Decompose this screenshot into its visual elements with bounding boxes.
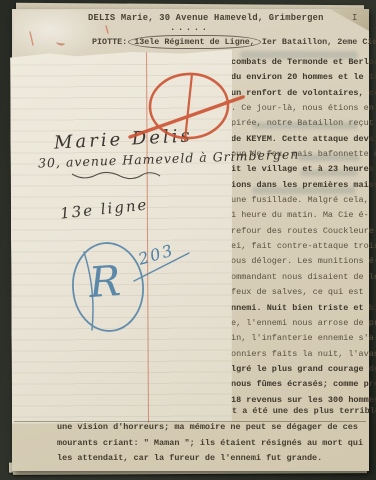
bleedthrough-smudge [240,51,358,59]
ruled-lines [10,63,234,423]
typed-line: nous fûmes écrasés; comme preu- [231,377,373,392]
typed-line: ommandant nous disaient de les [231,270,373,285]
bleedthrough-smudge [298,154,360,161]
typed-line: ous déloger. Les munitions é- [231,254,373,269]
piotte-rest: Ier Bataillon, 2eme Cie [262,37,376,47]
typed-header-regiment: PIOTTE:13ele Régiment de Ligne,Ier Batai… [92,35,376,49]
typed-line: mourants criant: " Maman "; ils étaient … [57,436,376,452]
typed-header-name: DELIS Marie, 30 Avenue Hameveld, Grimber… [88,13,324,23]
typed-line: . Ce jour-là, nous étions en rem- [231,101,373,116]
bleedthrough-smudge [252,122,358,129]
typed-line: de KEYEM. Cette attaque devait [231,132,373,147]
typed-line: e, l'ennemi nous arrose de pro- [231,316,373,331]
circled-r-letter: R [87,256,122,307]
typed-line: du environ 20 hommes et le 18 [231,70,373,85]
typed-text-column: combats de Termonde et Berlae- du enviro… [231,55,373,408]
page-number: I [352,13,357,23]
typed-line: les attendait, car la fureur de l'ennemi… [57,451,376,467]
typed-line: feux de salves, ce qui est [231,285,373,300]
regiment-circled-annotation: 13ele Régiment de Ligne, [128,35,261,49]
typed-line: une vision d'horreurs; ma mémoire ne peu… [57,420,376,436]
typed-line: 1 heure du matin. Ma Cie é- [231,208,373,223]
bleedthrough-smudge [252,187,356,194]
typed-line: onniers faits la nuit, l'avant- [231,347,373,362]
typed-line: nnemi. Nuit bien triste et bien [231,301,373,316]
typed-line: lgré le plus grand courage dé- [231,362,373,377]
typed-line: in, l'infanterie ennemie s'a- [231,331,373,346]
typed-line: t a été une des plus terribles; [232,404,376,420]
typed-bottom-paragraph: t a été une des plus terribles; une visi… [57,404,376,467]
separator-dots: ..... [170,23,210,33]
piotte-label: PIOTTE: [92,37,127,47]
typed-line: ei, fait contre-attaque trois [231,239,373,254]
typed-line: refour des routes Couckleure [231,224,373,239]
scanned-document: DELIS Marie, 30 Avenue Hameveld, Grimber… [0,0,376,480]
typed-line: un renfort de volontaires, ce [231,86,373,101]
bleedthrough-smudge [300,170,358,176]
note-paper-overlay [10,49,234,423]
typed-line: une fusillade. Malgré cela, [231,193,373,208]
